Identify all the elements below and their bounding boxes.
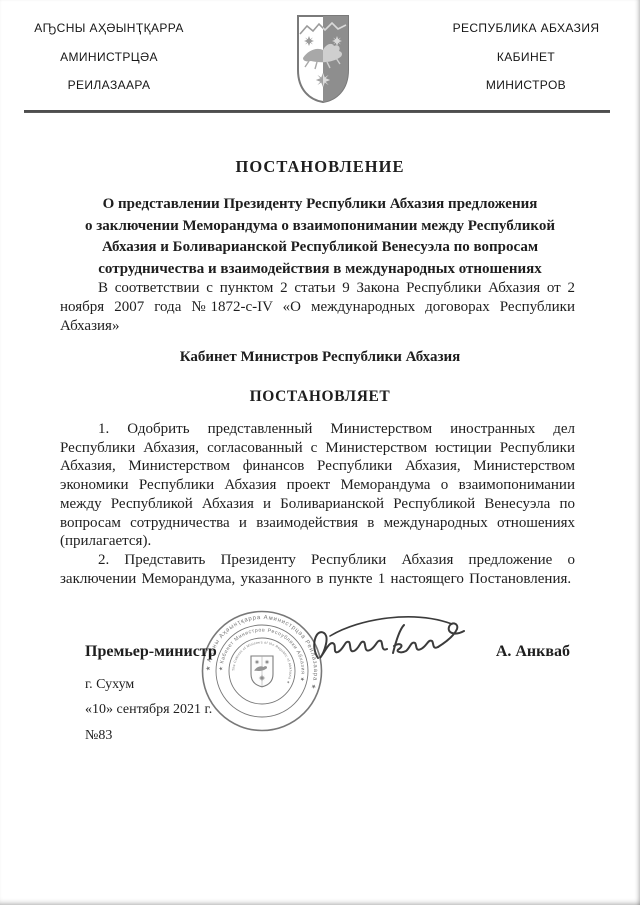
issuing-authority: Кабинет Министров Республики Абхазия (0, 349, 640, 366)
letterhead-line: АМИНИСТРЦӘА (28, 43, 190, 72)
date-line: «10» сентября 2021 г. (85, 697, 212, 722)
letterhead-line: АҦСНЫ АҲӘЫНҬҚАРРА (28, 14, 190, 43)
letterhead-line: МИНИСТРОВ (445, 71, 607, 100)
signatory-post: Премьер-министр (85, 643, 217, 661)
subject-line: о заключении Меморандума о взаимопониман… (62, 216, 578, 238)
letterhead-russian: РЕСПУБЛИКА АБХАЗИЯ КАБИНЕТ МИНИСТРОВ (445, 14, 607, 100)
signatory-name: А. Анкваб (496, 643, 570, 661)
letterhead-line: РЕСПУБЛИКА АБХАЗИЯ (445, 14, 607, 43)
document-title: ПОСТАНОВЛЕНИЕ (0, 157, 640, 177)
subject-line: О представлении Президенту Республики Аб… (62, 194, 578, 216)
document-page: АҦСНЫ АҲӘЫНҬҚАРРА АМИНИСТРЦӘА РЕИЛАЗААРА… (0, 0, 640, 905)
coat-of-arms-icon (293, 13, 353, 105)
subject-line: Абхазия и Боливарианской Республикой Вен… (62, 237, 578, 259)
number-line: №83 (85, 723, 212, 748)
resolution-items: 1. Одобрить представленный Министерством… (60, 420, 575, 588)
preamble-paragraph: В соответствии с пунктом 2 статьи 9 Зако… (60, 279, 575, 336)
place-line: г. Сухум (85, 672, 212, 697)
document-subject: О представлении Президенту Республики Аб… (62, 194, 578, 280)
stamp-center-shield (251, 656, 273, 687)
header-divider (24, 110, 610, 113)
document-meta: г. Сухум «10» сентября 2021 г. №83 (85, 672, 212, 748)
resolution-item-2: 2. Представить Президенту Республики Абх… (60, 551, 575, 588)
subject-line: сотрудничества и взаимодействия в междун… (62, 259, 578, 281)
letterhead-line: РЕИЛАЗААРА (28, 71, 190, 100)
resolution-keyword: ПОСТАНОВЛЯЕТ (0, 388, 640, 406)
handwritten-signature (296, 598, 471, 662)
letterhead-line: КАБИНЕТ (445, 43, 607, 72)
letterhead-abkhazian: АҦСНЫ АҲӘЫНҬҚАРРА АМИНИСТРЦӘА РЕИЛАЗААРА (28, 14, 190, 100)
resolution-item-1: 1. Одобрить представленный Министерством… (60, 420, 575, 551)
